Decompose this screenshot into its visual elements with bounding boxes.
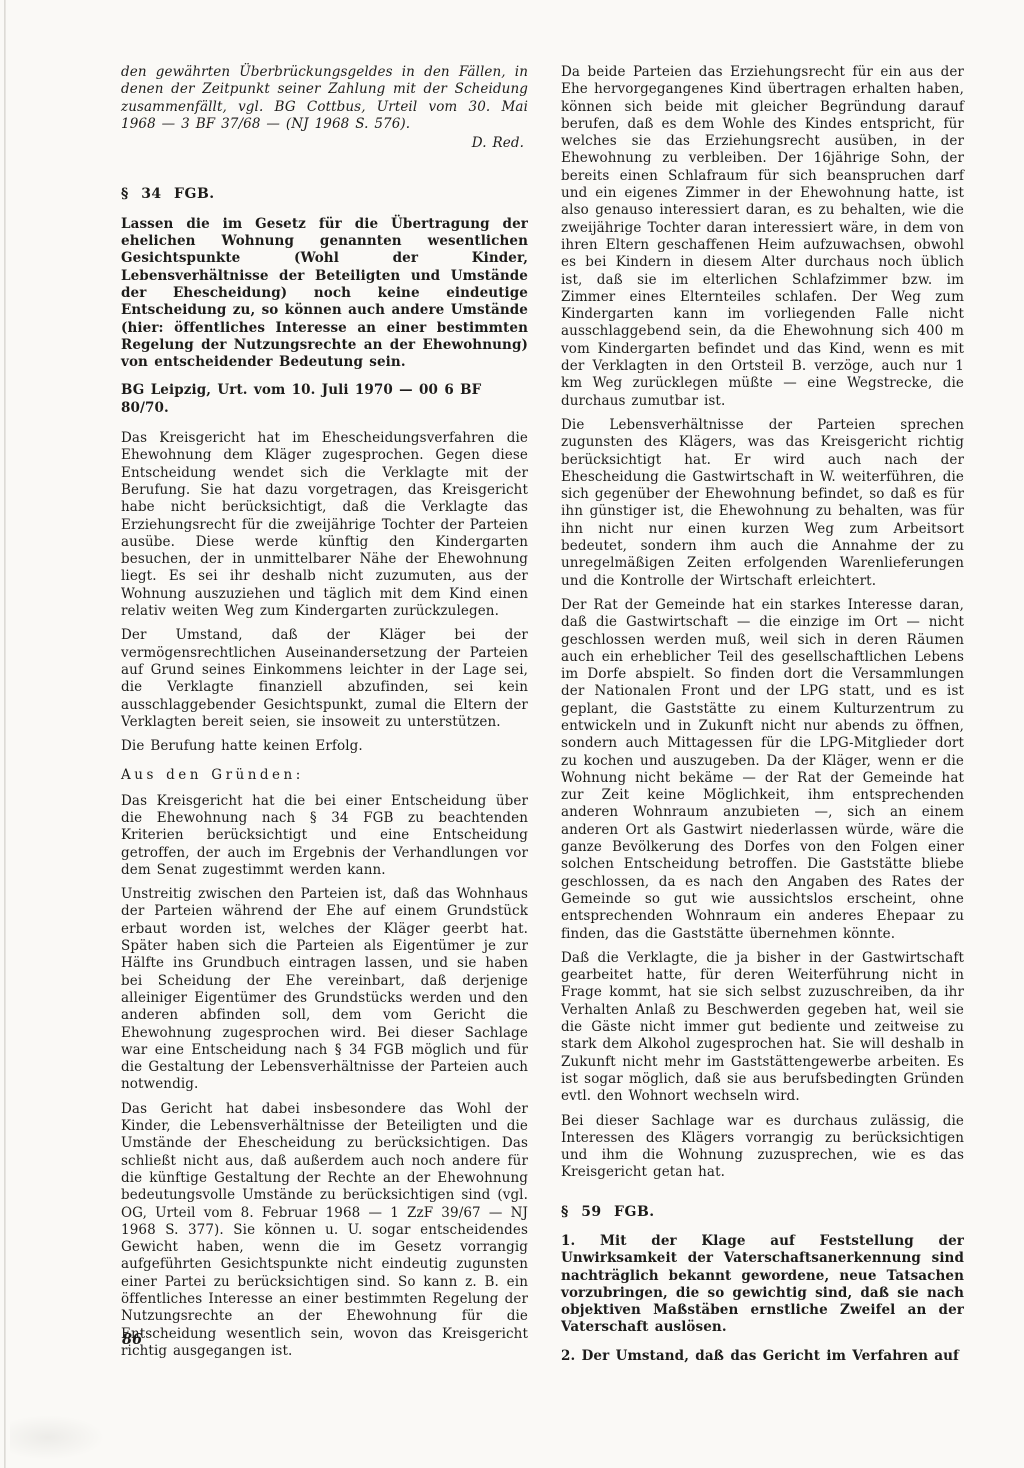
gruende-paragraph: Der Rat der Gemeinde hat ein starkes Int…: [561, 597, 964, 943]
gruende-heading: Aus den Gründen:: [121, 767, 528, 784]
section-59-heading: § 59 FGB.: [561, 1204, 964, 1221]
section-59-leitsatz-1: 1. Mit der Klage auf Feststellung der Un…: [561, 1233, 964, 1337]
scan-edge-artifact: [4, 0, 6, 1468]
gruende-paragraph: Die Lebensverhältnisse der Parteien spre…: [561, 417, 964, 590]
scan-smudge-artifact: [10, 1415, 105, 1460]
page-number: 86: [122, 1331, 142, 1348]
head-note-signature: D. Red.: [121, 135, 528, 152]
court-reference-line: BG Leipzig, Urt. vom 10. Juli 1970 — 00 …: [121, 382, 528, 417]
tatbestand-paragraph: Die Berufung hatte keinen Erfolg.: [121, 738, 528, 755]
journal-page: den gewährten Überbrückungsgeldes in den…: [0, 0, 1024, 1468]
section-59-leitsatz-2: 2. Der Umstand, daß das Gericht im Verfa…: [561, 1348, 964, 1365]
tatbestand-paragraph: Das Kreisgericht hat im Ehescheidungsver…: [121, 430, 528, 620]
gruende-paragraph: Daß die Verklagte, die ja bisher in der …: [561, 950, 964, 1106]
right-column: Da beide Parteien das Erziehungsrecht fü…: [561, 64, 964, 1376]
gruende-paragraph: Bei dieser Sachlage war es durchaus zulä…: [561, 1113, 964, 1182]
left-column: den gewährten Überbrückungsgeldes in den…: [121, 64, 528, 1367]
gruende-paragraph: Da beide Parteien das Erziehungsrecht fü…: [561, 64, 964, 410]
section-34-leitsatz: Lassen die im Gesetz für die Übertragung…: [121, 216, 528, 372]
gruende-paragraph: Das Gericht hat dabei insbesondere das W…: [121, 1101, 528, 1360]
gruende-paragraph: Das Kreisgericht hat die bei einer Entsc…: [121, 793, 528, 879]
head-note: den gewährten Überbrückungsgeldes in den…: [121, 64, 528, 133]
tatbestand-paragraph: Der Umstand, daß der Kläger bei der verm…: [121, 627, 528, 731]
gruende-paragraph: Unstreitig zwischen den Parteien ist, da…: [121, 886, 528, 1094]
section-34-heading: § 34 FGB.: [121, 186, 528, 203]
